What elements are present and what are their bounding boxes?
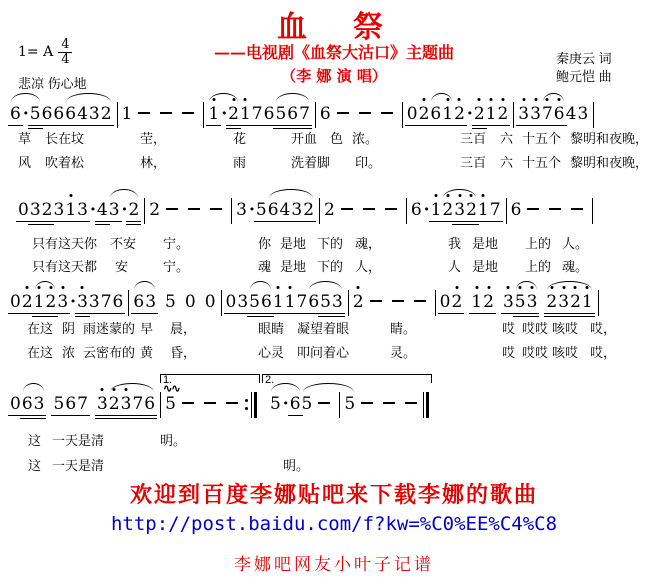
note: 7: [132, 394, 143, 414]
lyric-text: 是地: [472, 233, 498, 252]
note: 7: [77, 394, 88, 414]
note: 7: [542, 104, 553, 124]
barline: [221, 290, 222, 316]
lyric-text: 下的: [317, 233, 343, 252]
lyric-text: 云密布的: [83, 342, 135, 361]
lyric-text: 三百: [460, 152, 486, 171]
lyric-text: 黄: [140, 342, 153, 361]
note: 0: [10, 394, 21, 414]
note: 3: [577, 104, 588, 124]
note: 2: [128, 200, 139, 220]
note: 6: [144, 394, 155, 414]
note: 1: [478, 200, 489, 220]
lyric-text: 上的: [525, 233, 551, 252]
note: 4: [566, 104, 577, 124]
barline: [598, 290, 599, 316]
note: 2: [303, 200, 314, 220]
note: 5: [249, 292, 260, 312]
lyric-text: 印。: [355, 152, 381, 171]
note: 7: [490, 200, 501, 220]
lyric-text: 十五个: [522, 128, 561, 147]
lyric-text: 是地: [280, 233, 306, 252]
note: 6: [290, 394, 301, 414]
note: 3: [291, 200, 302, 220]
duration-dash: [359, 112, 371, 114]
barline: [513, 102, 514, 128]
note: 5: [53, 394, 64, 414]
augmentation-dot: ·: [70, 292, 76, 312]
note: 6: [320, 104, 331, 124]
lyric-text: 雨迷蒙的: [83, 318, 135, 337]
note: 3: [527, 292, 538, 312]
notation-row: 6·566643211·2176567602612·212337643: [10, 88, 662, 128]
note: 2: [466, 200, 477, 220]
note: 6: [264, 104, 275, 124]
duration-dash: [370, 300, 382, 302]
lyric-text: 是地: [280, 256, 306, 275]
lyric-text: 宁。: [163, 233, 189, 252]
note: 3: [145, 292, 156, 312]
lyric-text: 六: [500, 128, 513, 147]
lyric-text: 安: [115, 256, 128, 275]
augmentation-dot: ·: [23, 104, 29, 124]
duration-dash: [381, 112, 393, 114]
augmentation-dot: ·: [122, 200, 128, 220]
lyric-text: 林，: [140, 152, 166, 171]
note: 1: [208, 104, 219, 124]
duration-dash: [160, 112, 172, 114]
octave-dot: [61, 286, 64, 289]
barline: [348, 290, 349, 316]
note: 6: [133, 292, 144, 312]
octave-dot: [81, 286, 84, 289]
lyric-text: 只有这天都: [32, 256, 97, 275]
note: 1: [240, 104, 251, 124]
note: 3: [454, 200, 465, 220]
note: 3: [89, 104, 100, 124]
note: 5: [302, 394, 313, 414]
lyric-text: 晚，: [622, 128, 648, 147]
duration-dash: [392, 300, 404, 302]
lyric-text: 茔，: [140, 128, 166, 147]
lyric-text: 下的: [317, 256, 343, 275]
note: 1: [582, 292, 593, 312]
duration-dash: [363, 208, 375, 210]
lyric-text: 晨，: [170, 318, 196, 337]
lyric-text: 魂。: [562, 256, 588, 275]
barline: [144, 198, 145, 224]
lyric-text: 眼睛: [258, 318, 284, 337]
note: 0: [185, 292, 196, 312]
duration-dash: [226, 402, 238, 404]
duration-dash: [341, 208, 353, 210]
first-ending-bracket: 1.: [160, 374, 260, 383]
music-systems: 6·566643211·2176567602612·212337643草长在坟茔…: [10, 88, 662, 488]
note: 2: [454, 104, 465, 124]
barline: [402, 102, 403, 128]
note: 3: [558, 292, 569, 312]
composer-credit: 鲍元恺 曲: [556, 68, 612, 86]
lyric-text: 洗着脚: [291, 152, 330, 171]
octave-dot: [357, 286, 360, 289]
lyric-text: 十五个: [522, 152, 561, 171]
octave-dot: [501, 98, 504, 101]
note: 6: [554, 104, 565, 124]
lyric-text: 在这: [27, 318, 53, 337]
duration-dash: [182, 112, 194, 114]
lyric-text: 浓: [62, 342, 75, 361]
note: 0: [18, 200, 29, 220]
lyric-text: 人。: [562, 233, 588, 252]
augmentation-dot: ·: [424, 200, 430, 220]
lyric-text: 浓。: [352, 128, 378, 147]
lyric-text: 是地: [472, 256, 498, 275]
note: 1: [442, 104, 453, 124]
lyric-text: 三百: [460, 128, 486, 147]
note: 6: [113, 292, 124, 312]
barline: [435, 290, 436, 316]
note: 6: [22, 394, 33, 414]
lyric-text: 早: [140, 318, 153, 337]
note: 3: [57, 292, 68, 312]
notation-row: 032313·43·223·5643226·1232176: [10, 184, 662, 224]
note: 3: [530, 104, 541, 124]
lyric-text: 哎: [502, 318, 515, 337]
note: 6: [261, 292, 272, 312]
note: 5∿∿: [165, 394, 176, 414]
note: 3: [30, 200, 41, 220]
duration-dash: [166, 208, 178, 210]
lyric-text: 魂，: [355, 233, 381, 252]
octave-dot: [277, 286, 280, 289]
note: 4: [77, 104, 88, 124]
duration-dash: [383, 402, 395, 404]
lyric-text: 我: [448, 233, 461, 252]
time-signature: 44: [58, 38, 72, 66]
lyric-text: 明。: [160, 430, 186, 449]
lyric-text: 魂: [258, 256, 271, 275]
note: 3: [34, 394, 45, 414]
note: 2: [570, 292, 581, 312]
note: 5: [320, 292, 331, 312]
note: 1: [285, 292, 296, 312]
note: 6: [411, 200, 422, 220]
barline: [506, 198, 507, 224]
note: 1: [273, 292, 284, 312]
lyric-text: 在这: [27, 342, 53, 361]
duration-dash: [182, 402, 194, 404]
note: 1: [471, 292, 482, 312]
note: 1: [34, 292, 45, 312]
lyric-text: 明。: [283, 455, 309, 474]
note: 2: [228, 104, 239, 124]
duration-dash: [188, 208, 200, 210]
lyric-text: 草: [18, 128, 31, 147]
lyric-text: 哎: [502, 342, 515, 361]
note: 0: [10, 292, 21, 312]
promo-text: 欢迎到百度李娜贴吧来下载李娜的歌曲: [0, 478, 668, 509]
lyric-text: 心灵: [258, 342, 284, 361]
lyric-text: 开血: [291, 128, 317, 147]
music-system-1: 6·566643211·2176567602612·212337643草长在坟茔…: [10, 88, 662, 184]
lyric-text: 凝望着眼: [297, 318, 349, 337]
duration-dash: [361, 402, 373, 404]
duration-dash: [549, 208, 561, 210]
note: 2: [324, 200, 335, 220]
barline: [128, 290, 129, 316]
barline: [203, 102, 204, 128]
note: 3: [236, 200, 247, 220]
note: 6: [42, 104, 53, 124]
duration-dash: [414, 300, 426, 302]
lyric-text: 色: [330, 128, 343, 147]
note: 1: [431, 200, 442, 220]
note: 3: [332, 292, 343, 312]
lyric-text: 六: [500, 152, 513, 171]
key-text: 1= A: [18, 44, 53, 60]
note: 0: [226, 292, 237, 312]
note: 5: [275, 104, 286, 124]
note: 2: [546, 292, 557, 312]
note: 1: [486, 104, 497, 124]
note: 2: [451, 292, 462, 312]
note: 6: [308, 292, 319, 312]
lyric-text: 哎哎: [522, 318, 548, 337]
note: 6: [511, 200, 522, 220]
first-ending-label: 1.: [163, 375, 172, 386]
note: 3: [109, 200, 120, 220]
barline: [117, 102, 118, 128]
baidu-tieba-link[interactable]: http://post.baidu.com/f?kw=%C0%EE%C4%C8: [0, 513, 668, 535]
lyric-text: 人，: [355, 256, 381, 275]
octave-dot: [478, 98, 481, 101]
note: 6: [430, 104, 441, 124]
lyric-text: 你: [258, 233, 271, 252]
lyric-text: 宁。: [163, 256, 189, 275]
note: 2: [419, 104, 430, 124]
note: 3: [77, 292, 88, 312]
note: 2: [109, 394, 120, 414]
note: 1: [122, 104, 133, 124]
octave-dot: [507, 286, 510, 289]
augmentation-dot: ·: [90, 200, 96, 220]
duration-dash: [571, 208, 583, 210]
music-system-4: 063567323765∿∿5·655这一天是清明。这一天是清明。1.2.: [10, 372, 662, 488]
note: 4: [280, 200, 291, 220]
lyric-text: 这: [28, 430, 41, 449]
lyric-text: 长在坟: [45, 128, 84, 147]
augmentation-dot: ·: [283, 394, 289, 414]
note: 3: [518, 104, 529, 124]
octave-dot: [490, 98, 493, 101]
octave-dot: [101, 388, 104, 391]
augmentation-dot: ·: [249, 200, 255, 220]
note: 1: [65, 200, 76, 220]
duration-dash: [405, 402, 417, 404]
music-system-2: 032313·43·223·5643226·1232176只有这天你不安宁。你是…: [10, 184, 662, 276]
barline: [315, 102, 316, 128]
lyric-text: 风: [18, 152, 31, 171]
octave-dot: [69, 194, 72, 197]
barline: [406, 198, 407, 224]
note: 5: [515, 292, 526, 312]
lyric-text: 咳哎: [552, 342, 578, 361]
note: 5: [270, 394, 281, 414]
note: 2: [474, 104, 485, 124]
lyricist-credit: 秦庚云 词: [556, 50, 612, 68]
octave-dot: [534, 98, 537, 101]
second-ending-label: 2.: [265, 375, 274, 386]
note: 2: [149, 200, 160, 220]
note: 3: [53, 200, 64, 220]
octave-dot: [289, 286, 292, 289]
lyric-text: 昏，: [170, 342, 196, 361]
lyric-text: 哎，: [590, 342, 616, 361]
lyric-text: 灵。: [390, 342, 416, 361]
key-signature: 1= A44: [18, 38, 72, 66]
note: 6: [53, 104, 64, 124]
transcriber-credit: 李娜吧网友小叶子记谱: [0, 550, 668, 575]
note: 2: [42, 200, 53, 220]
final-barline: [422, 394, 430, 418]
octave-dot: [435, 194, 438, 197]
barline: [231, 198, 232, 224]
barline: [593, 102, 594, 128]
note: 3: [121, 394, 132, 414]
note: 2: [45, 292, 56, 312]
augmentation-dot: ·: [221, 104, 227, 124]
credits-block: 秦庚云 词 鲍元恺 曲: [556, 50, 612, 86]
barline: [339, 392, 340, 418]
duration-dash: [385, 208, 397, 210]
note: 2: [442, 200, 453, 220]
lyric-text: 晚，: [622, 152, 648, 171]
octave-dot: [26, 286, 29, 289]
duration-dash: [210, 208, 222, 210]
note: 0: [407, 104, 418, 124]
lyric-text: 黎明和夜: [570, 128, 622, 147]
music-system-3: 02123·3376635000356117653202123532321在这阴…: [10, 276, 662, 372]
note: 7: [299, 104, 310, 124]
lyric-text: 阴: [62, 318, 75, 337]
lyric-text: 花: [233, 128, 246, 147]
note: 7: [252, 104, 263, 124]
octave-dot: [422, 98, 425, 101]
lyric-text: 哎，: [590, 318, 616, 337]
note: 0: [205, 292, 216, 312]
note: 2: [101, 104, 112, 124]
note: 2: [22, 292, 33, 312]
octave-dot: [475, 286, 478, 289]
barline: [160, 392, 161, 418]
note: 6: [10, 104, 21, 124]
lyric-text: 一天是清: [52, 455, 104, 474]
octave-dot: [455, 286, 458, 289]
note: 6: [65, 394, 76, 414]
duration-dash: [138, 112, 150, 114]
octave-dot: [244, 98, 247, 101]
note: 3: [89, 292, 100, 312]
augmentation-dot: ·: [467, 104, 473, 124]
duration-dash: [337, 112, 349, 114]
barline: [592, 198, 593, 224]
lyric-text: 雨: [233, 152, 246, 171]
note: 2: [483, 292, 494, 312]
note: 5: [344, 394, 355, 414]
note: 5: [165, 292, 176, 312]
note: 3: [237, 292, 248, 312]
note: 5: [30, 104, 41, 124]
note: 5: [256, 200, 267, 220]
lyric-text: 不安: [110, 233, 136, 252]
duration-dash: [318, 402, 330, 404]
lyric-text: 只有这天你: [32, 233, 97, 252]
lyric-text: 一天是清: [52, 430, 104, 449]
lyric-text: 咳哎: [552, 318, 578, 337]
second-ending-bracket: 2.: [262, 374, 432, 383]
repeat-barline: [243, 394, 258, 418]
note: 6: [65, 104, 76, 124]
note: 7: [296, 292, 307, 312]
duration-dash: [527, 208, 539, 210]
lyric-text: 黎明和夜: [570, 152, 622, 171]
octave-dot: [482, 194, 485, 197]
note: 3: [503, 292, 514, 312]
lyric-text: 哎哎: [522, 342, 548, 361]
octave-dot: [522, 98, 525, 101]
note: 0: [440, 292, 451, 312]
lyric-text: 吹着松: [45, 152, 84, 171]
lyric-text: 人: [448, 256, 461, 275]
octave-dot: [458, 98, 461, 101]
note: 6: [268, 200, 279, 220]
octave-dot: [487, 286, 490, 289]
barline: [319, 198, 320, 224]
note: 4: [97, 200, 108, 220]
lyric-text: 叩问着心: [297, 342, 349, 361]
lyric-text: 这: [28, 455, 41, 474]
note: 3: [97, 394, 108, 414]
note: 2: [353, 292, 364, 312]
note: 3: [77, 200, 88, 220]
note: 6: [287, 104, 298, 124]
note: 7: [101, 292, 112, 312]
duration-dash: [204, 402, 216, 404]
note: 2: [497, 104, 508, 124]
lyric-text: 上的: [525, 256, 551, 275]
lyric-text: 睛。: [390, 318, 416, 337]
